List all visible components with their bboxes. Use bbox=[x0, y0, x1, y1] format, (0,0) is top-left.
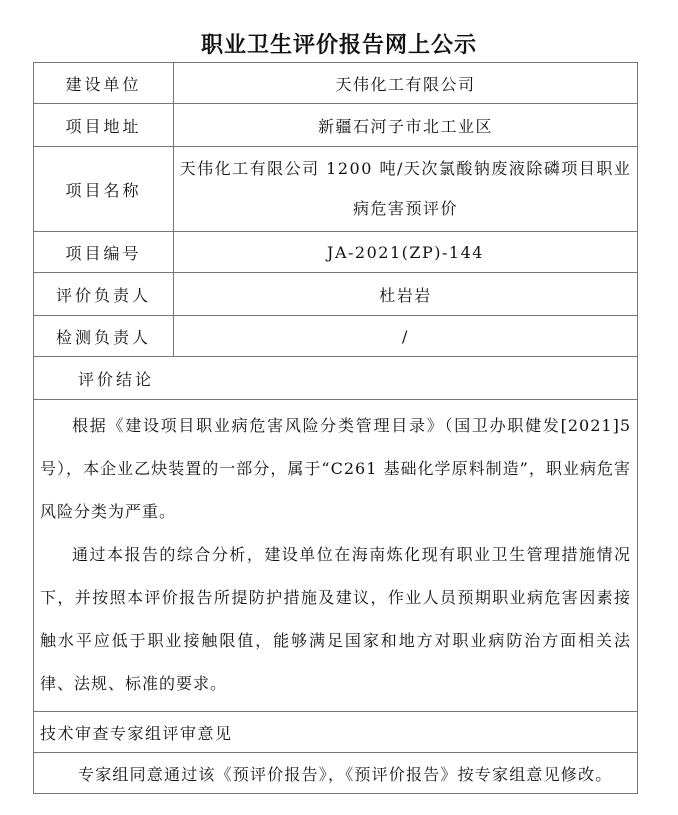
field-label: 项目名称 bbox=[34, 147, 174, 232]
conclusion-paragraph: 根据《建设项目职业病危害风险分类管理目录》（国卫办职健发[2021]5 号），本… bbox=[40, 404, 631, 533]
table-row-testing-lead: 检测负责人 / bbox=[34, 316, 638, 357]
table-row-expert-heading: 技术审查专家组评审意见 bbox=[34, 712, 638, 753]
disclosure-table: 建设单位 天伟化工有限公司 项目地址 新疆石河子市北工业区 项目名称 天伟化工有… bbox=[33, 62, 638, 794]
page-title: 职业卫生评价报告网上公示 bbox=[0, 28, 678, 59]
expert-review-text: 专家组同意通过该《预评价报告》，《预评价报告》按专家组意见修改。 bbox=[34, 753, 638, 794]
field-label: 项目地址 bbox=[34, 104, 174, 147]
table-row-construction-unit: 建设单位 天伟化工有限公司 bbox=[34, 63, 638, 104]
project-address-value: 新疆石河子市北工业区 bbox=[174, 104, 638, 147]
field-label: 评价负责人 bbox=[34, 273, 174, 316]
table-row-expert-text: 专家组同意通过该《预评价报告》，《预评价报告》按专家组意见修改。 bbox=[34, 753, 638, 794]
table-row-project-name: 项目名称 天伟化工有限公司 1200 吨/天次氯酸钠废液除磷项目职业病危害预评价 bbox=[34, 147, 638, 232]
field-label: 检测负责人 bbox=[34, 316, 174, 357]
table-row-conclusion-body: 根据《建设项目职业病危害风险分类管理目录》（国卫办职健发[2021]5 号），本… bbox=[34, 400, 638, 712]
conclusion-body: 根据《建设项目职业病危害风险分类管理目录》（国卫办职健发[2021]5 号），本… bbox=[34, 400, 638, 712]
field-label: 建设单位 bbox=[34, 63, 174, 104]
table-row-evaluation-lead: 评价负责人 杜岩岩 bbox=[34, 273, 638, 316]
evaluation-lead-value: 杜岩岩 bbox=[174, 273, 638, 316]
conclusion-paragraph: 通过本报告的综合分析，建设单位在海南炼化现有职业卫生管理措施情况下，并按照本评价… bbox=[40, 533, 631, 705]
table-row-conclusion-heading: 评价结论 bbox=[34, 357, 638, 400]
project-name-value: 天伟化工有限公司 1200 吨/天次氯酸钠废液除磷项目职业病危害预评价 bbox=[174, 147, 638, 232]
conclusion-heading: 评价结论 bbox=[34, 357, 638, 400]
testing-lead-value: / bbox=[174, 316, 638, 357]
project-number-value: JA-2021(ZP)-144 bbox=[174, 232, 638, 273]
construction-unit-value: 天伟化工有限公司 bbox=[174, 63, 638, 104]
table-row-project-address: 项目地址 新疆石河子市北工业区 bbox=[34, 104, 638, 147]
table-row-project-number: 项目编号 JA-2021(ZP)-144 bbox=[34, 232, 638, 273]
expert-review-heading: 技术审查专家组评审意见 bbox=[34, 712, 638, 753]
field-label: 项目编号 bbox=[34, 232, 174, 273]
